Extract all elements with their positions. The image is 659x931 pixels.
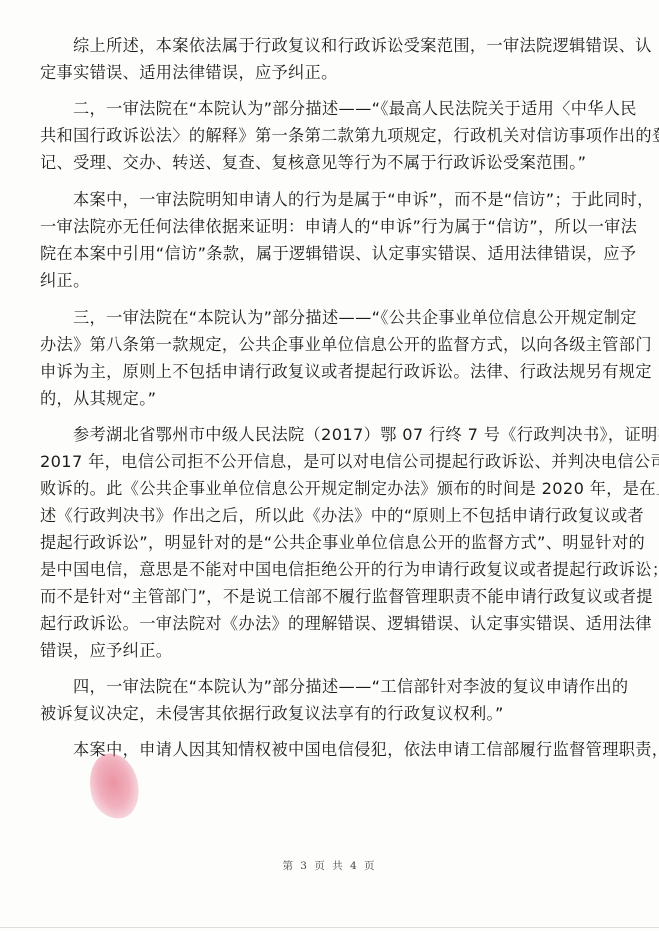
text-line: 错误，应予纠正。 bbox=[40, 639, 616, 663]
text-line: 纠正。 bbox=[40, 269, 616, 293]
text-line: 参考湖北省鄂州市中级人民法院（2017）鄂 07 行终 7 号《行政判决书》，证… bbox=[73, 423, 616, 447]
text-line: 定事实错误、适用法律错误，应予纠正。 bbox=[40, 61, 616, 85]
text-line: 办法》第八条第一款规定，公共企事业单位信息公开的监督方式，以向各级主管部门 bbox=[40, 333, 616, 357]
text-line: 记、受理、交办、转送、复查、复核意见等行为不属于行政诉讼受案范围。” bbox=[40, 151, 616, 175]
text-line: 提起行政诉讼”，明显针对的是“公共企事业单位信息公开的监督方式”、明显针对的 bbox=[40, 531, 616, 555]
text-line: 申诉为主，原则上不包括申请行政复议或者提起行政诉讼。法律、行政法规另有规定 bbox=[40, 360, 616, 384]
page-number-footer: 第 3 页 共 4 页 bbox=[0, 858, 659, 873]
text-line: 败诉的。此《公共企事业单位信息公开规定制定办法》颁布的时间是 2020 年，是在… bbox=[40, 477, 616, 501]
text-line: 2017 年，电信公司拒不公开信息，是可以对电信公司提起行政诉讼、并判决电信公司 bbox=[40, 450, 616, 474]
text-line: 共和国行政诉讼法〉的解释》第一条第二款第九项规定，行政机关对信访事项作出的登 bbox=[40, 124, 616, 148]
text-line: 院在本案中引用“信访”条款，属于逻辑错误、认定事实错误、适用法律错误，应予 bbox=[40, 242, 616, 266]
document-page: 综上所述，本案依法属于行政复议和行政诉讼受案范围，一审法院逻辑错误、认 定事实错… bbox=[0, 0, 659, 931]
text-line: 四，一审法院在“本院认为”部分描述——“工信部针对李波的复议申请作出的 bbox=[73, 675, 616, 699]
text-line: 三，一审法院在“本院认为”部分描述——“《公共企事业单位信息公开规定制定 bbox=[73, 306, 616, 330]
text-line: 本案中，一审法院明知申请人的行为是属于“申诉”，而不是“信访”；于此同时， bbox=[73, 188, 616, 212]
text-line: 本案中，申请人因其知情权被中国电信侵犯，依法申请工信部履行监督管理职责， bbox=[73, 738, 616, 762]
text-line: 的，从其规定。” bbox=[40, 387, 616, 411]
text-line: 而不是针对“主管部门”，不是说工信部不履行监督管理职责不能申请行政复议或者提 bbox=[40, 585, 616, 609]
text-line: 起行政诉讼。一审法院对《办法》的理解错误、逻辑错误、认定事实错误、适用法律 bbox=[40, 612, 616, 636]
page-bottom-edge bbox=[0, 927, 659, 928]
text-line: 综上所述，本案依法属于行政复议和行政诉讼受案范围，一审法院逻辑错误、认 bbox=[73, 34, 616, 58]
text-line: 述《行政判决书》作出之后，所以此《办法》中的“原则上不包括申请行政复议或者 bbox=[40, 504, 616, 528]
text-line: 二，一审法院在“本院认为”部分描述——“《最高人民法院关于适用〈中华人民 bbox=[73, 97, 616, 121]
text-line: 是中国电信，意思是不能对中国电信拒绝公开的行为申请行政复议或者提起行政诉讼； bbox=[40, 558, 616, 582]
text-line: 一审法院亦无任何法律依据来证明：申请人的“申诉”行为属于“信访”，所以一审法 bbox=[40, 215, 616, 239]
text-line: 被诉复议决定，未侵害其依据行政复议法享有的行政复议权利。” bbox=[40, 702, 616, 726]
